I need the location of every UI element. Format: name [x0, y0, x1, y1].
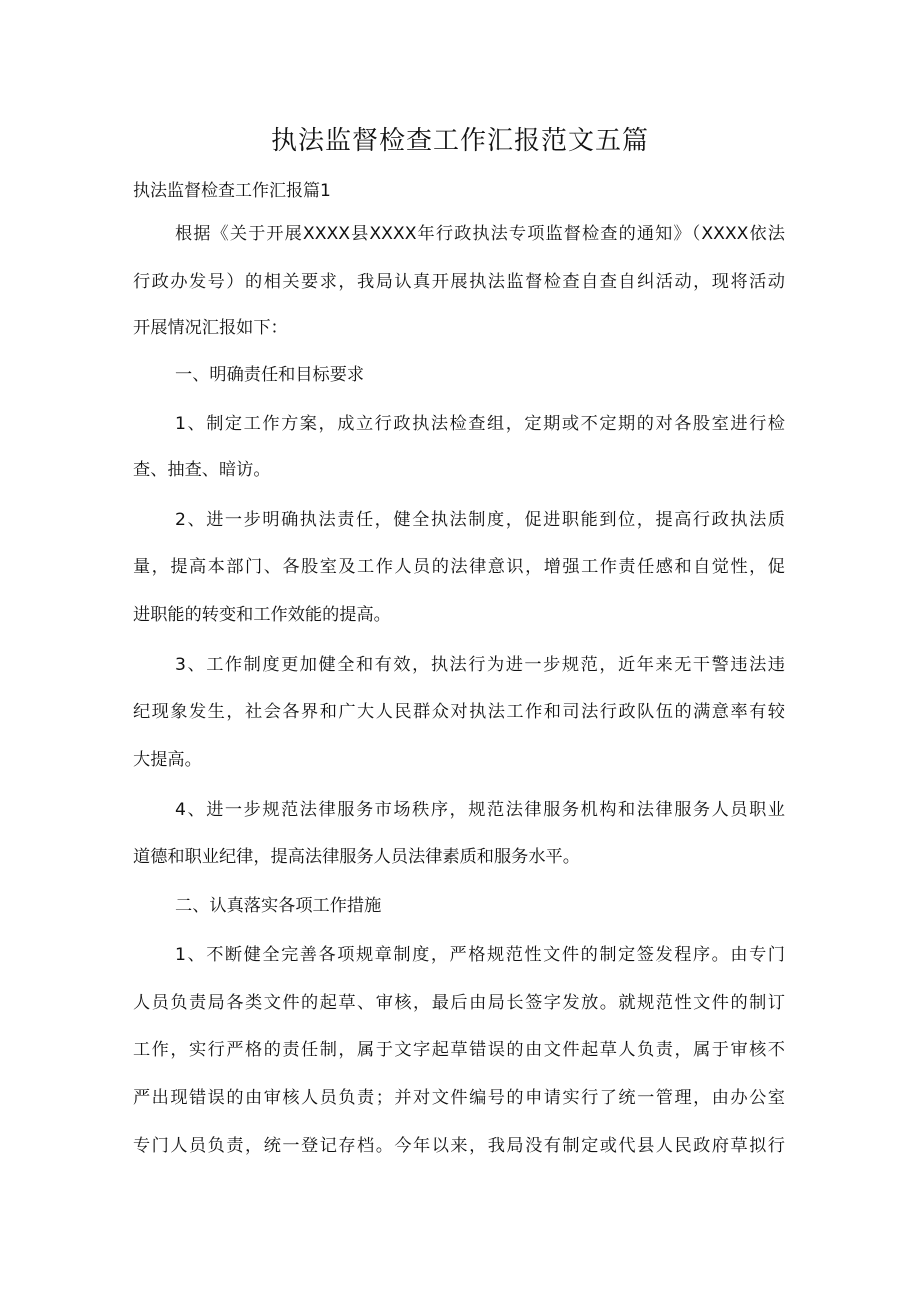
paragraph-line: 工作，实行严格的责任制，属于文字起草错误的由文件起草人负责，属于审核不	[133, 1035, 785, 1060]
paragraph-line: 开展情况汇报如下：	[133, 313, 785, 338]
paragraph-line: 专门人员负责，统一登记存档。今年以来，我局没有制定或代县人民政府草拟行	[133, 1131, 785, 1156]
document-title: 执法监督检查工作汇报范文五篇	[0, 120, 920, 157]
section-heading: 执法监督检查工作汇报篇1	[133, 176, 331, 201]
paragraph-line: 4、进一步规范法律服务市场秩序，规范法律服务机构和法律服务人员职业	[175, 795, 785, 820]
paragraph-line: 根据《关于开展XXXX县XXXX年行政执法专项监督检查的通知》（XXXX依法	[175, 219, 785, 244]
paragraph-line: 纪现象发生，社会各界和广大人民群众对执法工作和司法行政队伍的满意率有较	[133, 697, 785, 722]
paragraph-line: 行政办发号）的相关要求，我局认真开展执法监督检查自查自纠活动，现将活动	[133, 267, 785, 292]
paragraph-line: 二、认真落实各项工作措施	[175, 891, 785, 916]
paragraph-line: 查、抽查、暗访。	[133, 455, 785, 480]
paragraph-line: 道德和职业纪律，提高法律服务人员法律素质和服务水平。	[133, 842, 785, 867]
paragraph-line: 3、工作制度更加健全和有效，执法行为进一步规范，近年来无干警违法违	[175, 650, 785, 675]
paragraph-line: 进职能的转变和工作效能的提高。	[133, 600, 785, 625]
paragraph-line: 大提高。	[133, 745, 785, 770]
paragraph-line: 1、不断健全完善各项规章制度，严格规范性文件的制定签发程序。由专门	[175, 940, 785, 965]
paragraph-line: 量，提高本部门、各股室及工作人员的法律意识，增强工作责任感和自觉性，促	[133, 552, 785, 577]
paragraph-line: 一、明确责任和目标要求	[175, 360, 785, 385]
paragraph-line: 1、制定工作方案，成立行政执法检查组，定期或不定期的对各股室进行检	[175, 409, 785, 434]
paragraph-line: 严出现错误的由审核人员负责；并对文件编号的申请实行了统一管理，由办公室	[133, 1083, 785, 1108]
paragraph-line: 人员负责局各类文件的起草、审核，最后由局长签字发放。就规范性文件的制订	[133, 988, 785, 1013]
paragraph-line: 2、进一步明确执法责任，健全执法制度，促进职能到位，提高行政执法质	[175, 505, 785, 530]
